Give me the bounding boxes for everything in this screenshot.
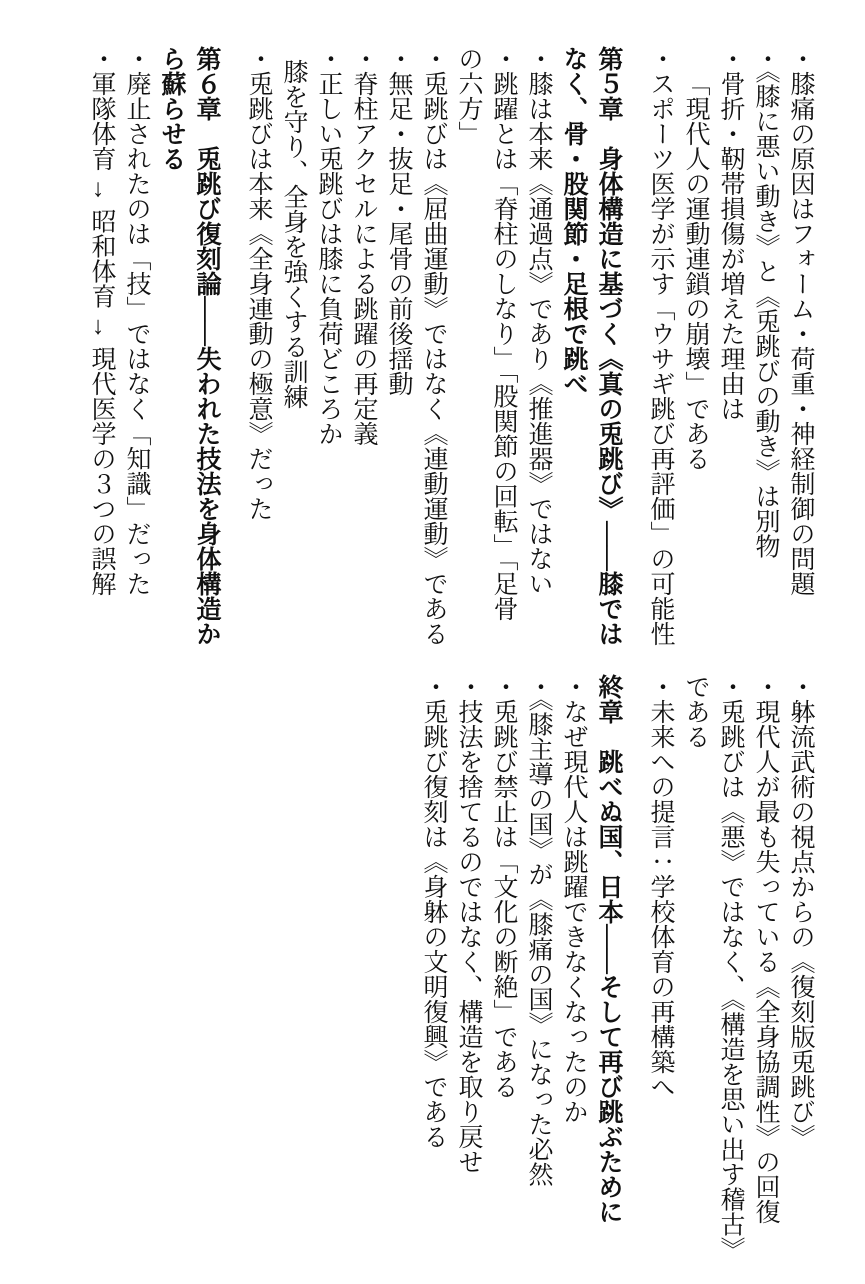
toc-line: ・なぜ現代人は跳躍できなくなったのか bbox=[556, 674, 591, 1262]
toc-line: ・跳躍とは「脊柱のしなり」「股関節の回転」「足骨 bbox=[486, 46, 521, 646]
toc-line: ・膝痛の原因はフォーム・荷重・神経制御の問題 bbox=[783, 46, 818, 646]
toc-block-bottom: ・躰流武術の視点からの《復刻版兎跳び》・現代人が最も失っている《全身協調性》の回… bbox=[416, 674, 818, 1262]
toc-block-top: ・膝痛の原因はフォーム・荷重・神経制御の問題・《膝に悪い動き》と《兎跳びの動き》… bbox=[84, 46, 818, 646]
toc-line: ・技法を捨てるのではなく、構造を取り戻せ bbox=[451, 674, 486, 1262]
toc-line: ・現代人が最も失っている《全身協調性》の回復 bbox=[748, 674, 783, 1262]
toc-line: ・兎跳びは《悪》ではなく、《構造を思い出す稽古》 bbox=[713, 674, 748, 1262]
document-page: ・膝痛の原因はフォーム・荷重・神経制御の問題・《膝に悪い動き》と《兎跳びの動き》… bbox=[0, 0, 865, 1284]
toc-line: 膝を守り、全身を強くする訓練 bbox=[276, 46, 311, 646]
chapter-heading-line: 第５章 身体構造に基づく《真の兎跳び》——膝では bbox=[591, 46, 626, 646]
chapter-heading-line: 第６章 兎跳び復刻論——失われた技法を身体構造か bbox=[189, 46, 224, 646]
toc-line: ・軍隊体育 → 昭和体育 → 現代医学の３つの誤解 bbox=[84, 46, 119, 646]
toc-line: ・兎跳びは《屈曲運動》ではなく《連動運動》である bbox=[416, 46, 451, 646]
toc-line: ・兎跳び禁止は「文化の断絶」である bbox=[486, 674, 521, 1262]
toc-line: ・無足・抜足・尾骨の前後揺動 bbox=[381, 46, 416, 646]
toc-line: ・《膝に悪い動き》と《兎跳びの動き》は別物 bbox=[748, 46, 783, 646]
toc-line: ・《膝主導の国》が《膝痛の国》になった必然 bbox=[521, 674, 556, 1262]
toc-line: 「現代人の運動連鎖の崩壊」である bbox=[678, 46, 713, 646]
toc-line: ・スポーツ医学が示す「ウサギ跳び再評価」の可能性 bbox=[643, 46, 678, 646]
toc-line: ・膝は本来《通過点》であり《推進器》ではない bbox=[521, 46, 556, 646]
chapter-heading-line: なく、骨・股関節・足根で跳べ bbox=[556, 46, 591, 646]
chapter-heading-line: ら蘇らせる bbox=[154, 46, 189, 646]
chapter-heading-line: 終章 跳べぬ国、日本——そして再び跳ぶために bbox=[591, 674, 626, 1262]
toc-line: ・兎跳びは本来《全身連動の極意》だった bbox=[241, 46, 276, 646]
toc-line: ・廃止されたのは「技」ではなく「知識」だった bbox=[119, 46, 154, 646]
toc-line: ・未来への提言：学校体育の再構築へ bbox=[643, 674, 678, 1262]
toc-line: ・脊柱アクセルによる跳躍の再定義 bbox=[346, 46, 381, 646]
toc-line: ・躰流武術の視点からの《復刻版兎跳び》 bbox=[783, 674, 818, 1262]
toc-line: ・兎跳び復刻は《身躰の文明復興》である bbox=[416, 674, 451, 1262]
toc-line: である bbox=[678, 674, 713, 1262]
toc-line: ・骨折・靭帯損傷が増えた理由は bbox=[713, 46, 748, 646]
toc-line: の六方」 bbox=[451, 46, 486, 646]
toc-line: ・正しい兎跳びは膝に負荷どころか bbox=[311, 46, 346, 646]
